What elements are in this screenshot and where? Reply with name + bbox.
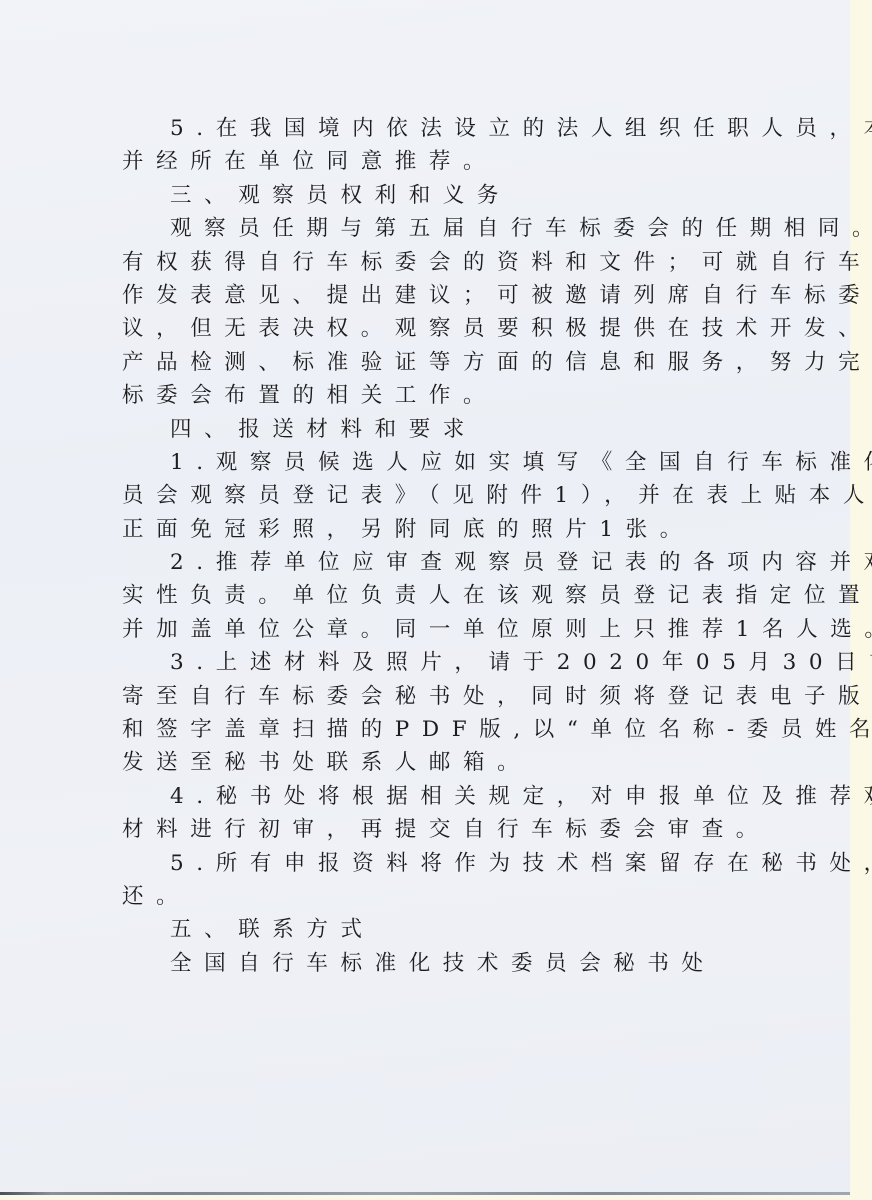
- text-line: 员会观察员登记表》（见附件1），并在表上贴本人近期二寸: [122, 479, 722, 512]
- text-line: 有权获得自行车标委会的资料和文件；可就自行车标准化工: [122, 246, 722, 279]
- text-line: 还。: [122, 880, 722, 913]
- text-line-item5-archive: 5.所有申报资料将作为技术档案留存在秘书处，不再退: [122, 847, 722, 880]
- text-line: 观察员任期与第五届自行车标委会的任期相同。观察员: [122, 212, 722, 245]
- scanned-page: 5.在我国境内依法设立的法人组织任职人员，本人自愿 并经所在单位同意推荐。 三、…: [0, 0, 850, 1193]
- text-line-item2: 2.推荐单位应审查观察员登记表的各项内容并对其真: [122, 546, 722, 579]
- text-line: 产品检测、标准验证等方面的信息和服务，努力完成自行车: [122, 346, 722, 379]
- contact-organization: 全国自行车标准化技术委员会秘书处: [122, 947, 722, 980]
- text-line-item1: 1.观察员候选人应如实填写《全国自行车标准化技术委: [122, 446, 722, 479]
- document-body: 5.在我国境内依法设立的法人组织任职人员，本人自愿 并经所在单位同意推荐。 三、…: [122, 112, 722, 980]
- text-line-item3: 3.上述材料及照片，请于2020年05月30日前一并邮: [122, 646, 722, 679]
- text-line: 和签字盖章扫描的PDF版,以“单位名称-委员姓名”命名）: [122, 713, 722, 746]
- section-heading-materials: 四、报送材料和要求: [122, 413, 722, 446]
- text-line: 正面免冠彩照，另附同底的照片1张。: [122, 513, 722, 546]
- text-line-item5-eligibility: 5.在我国境内依法设立的法人组织任职人员，本人自愿: [122, 112, 722, 145]
- text-line-item4: 4.秘书处将根据相关规定，对申报单位及推荐观察员的: [122, 780, 722, 813]
- text-line: 议，但无表决权。观察员要积极提供在技术开发、生产经营、: [122, 312, 722, 345]
- text-line: 材料进行初审，再提交自行车标委会审查。: [122, 813, 722, 846]
- text-line: 寄至自行车标委会秘书处，同时须将登记表电子版（Word版: [122, 680, 722, 713]
- text-line: 标委会布置的相关工作。: [122, 379, 722, 412]
- text-line: 作发表意见、提出建议；可被邀请列席自行车标委会相关会: [122, 279, 722, 312]
- paper-bottom-edge: [0, 1192, 850, 1195]
- text-line: 并加盖单位公章。同一单位原则上只推荐1名人选。: [122, 613, 722, 646]
- section-heading-rights-duties: 三、观察员权利和义务: [122, 179, 722, 212]
- text-line: 并经所在单位同意推荐。: [122, 145, 722, 178]
- text-line: 实性负责。单位负责人在该观察员登记表指定位置签署意见: [122, 579, 722, 612]
- text-line: 发送至秘书处联系人邮箱。: [122, 746, 722, 779]
- section-heading-contact: 五、联系方式: [122, 913, 722, 946]
